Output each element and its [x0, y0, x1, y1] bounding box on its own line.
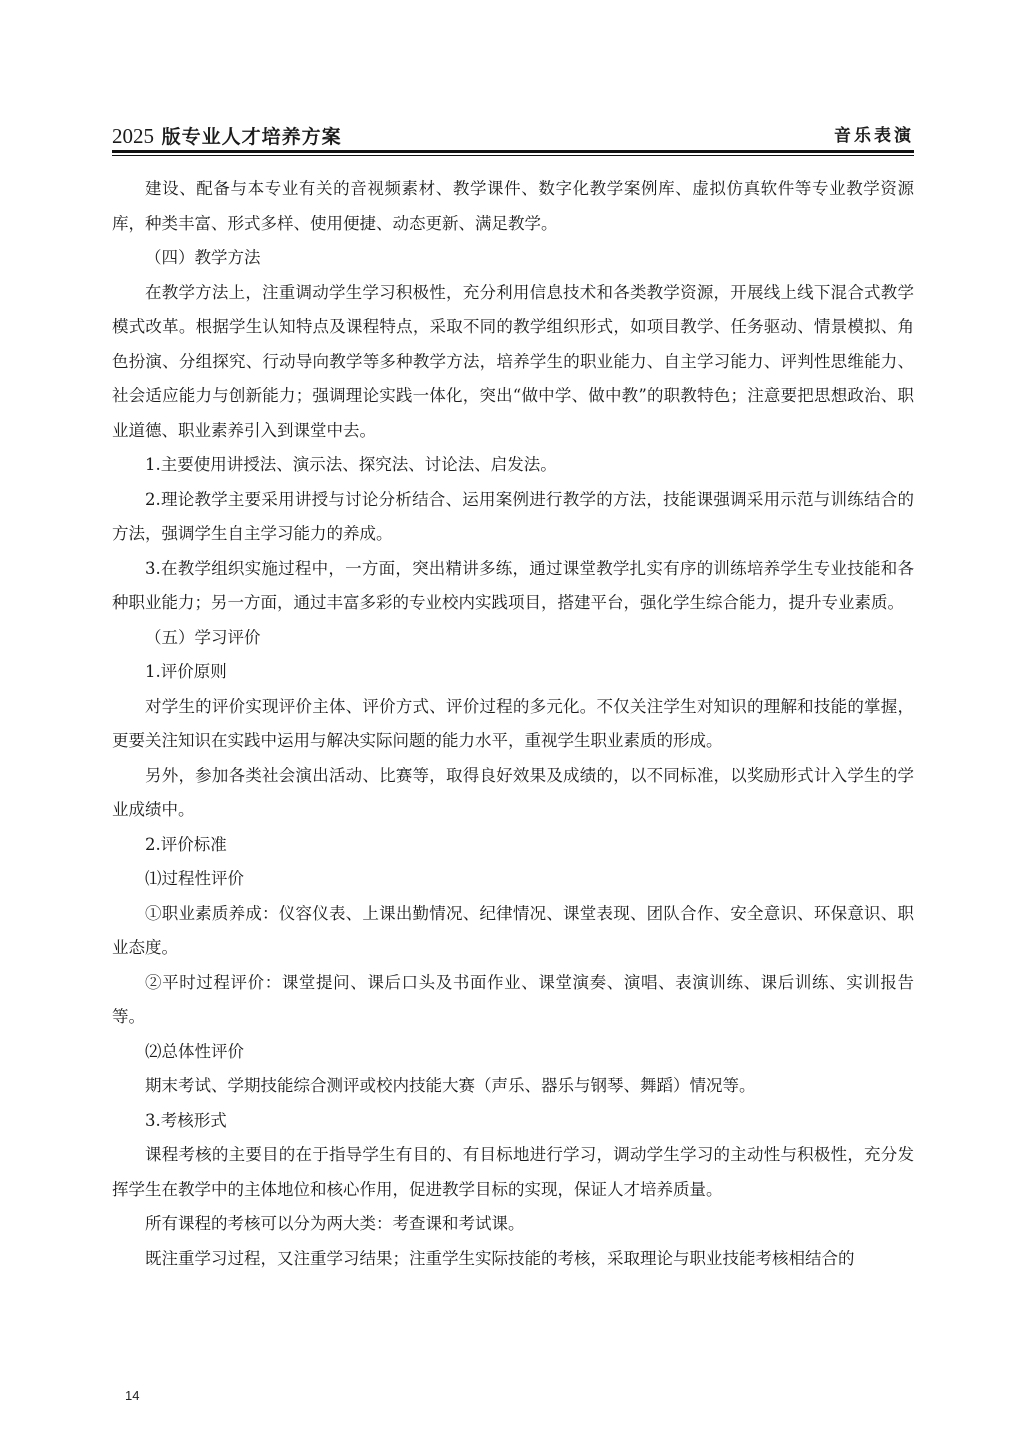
paragraph-assessment-purpose: 课程考核的主要目的在于指导学生有目的、有目标地进行学习，调动学生学习的主动性与积… [112, 1138, 914, 1207]
list-item-method-1: 1.主要使用讲授法、演示法、探究法、讨论法、启发法。 [112, 448, 914, 483]
subheading-evaluation-standards: 2.评价标准 [112, 828, 914, 863]
paragraph-assessment-approach: 既注重学习过程，又注重学习结果；注重学生实际技能的考核，采取理论与职业技能考核相… [112, 1242, 914, 1277]
subheading-summative-evaluation: ⑵总体性评价 [112, 1035, 914, 1070]
list-item-routine-evaluation: ②平时过程评价：课堂提问、课后口头及书面作业、课堂演奏、演唱、表演训练、课后训练… [112, 966, 914, 1035]
document-title: 2025 版专业人才培养方案 [112, 124, 342, 149]
heading-learning-evaluation: （五）学习评价 [112, 621, 914, 656]
paragraph-summative-evaluation: 期末考试、学期技能综合测评或校内技能大赛（声乐、器乐与钢琴、舞蹈）情况等。 [112, 1069, 914, 1104]
page-header: 2025 版专业人才培养方案 音乐表演 [112, 124, 914, 148]
list-item-professional-quality: ①职业素质养成：仪容仪表、上课出勤情况、纪律情况、课堂表现、团队合作、安全意识、… [112, 897, 914, 966]
body-content: 建设、配备与本专业有关的音视频素材、教学课件、数字化教学案例库、虚拟仿真软件等专… [112, 172, 914, 1276]
page-number: 14 [125, 1388, 139, 1404]
list-item-method-2: 2.理论教学主要采用讲授与讨论分析结合、运用案例进行教学的方法，技能课强调采用示… [112, 483, 914, 552]
document-title-text: 版专业人才培养方案 [162, 126, 342, 148]
paragraph-extra-credit: 另外，参加各类社会演出活动、比赛等，取得良好效果及成绩的，以不同标准，以奖励形式… [112, 759, 914, 828]
paragraph-assessment-types: 所有课程的考核可以分为两大类：考查课和考试课。 [112, 1207, 914, 1242]
paragraph-resources: 建设、配备与本专业有关的音视频素材、教学课件、数字化教学案例库、虚拟仿真软件等专… [112, 172, 914, 241]
header-divider [112, 150, 914, 156]
paragraph-evaluation-principles: 对学生的评价实现评价主体、评价方式、评价过程的多元化。不仅关注学生对知识的理解和… [112, 690, 914, 759]
list-item-method-3: 3.在教学组织实施过程中，一方面，突出精讲多练，通过课堂教学扎实有序的训练培养学… [112, 552, 914, 621]
subheading-process-evaluation: ⑴过程性评价 [112, 862, 914, 897]
subheading-assessment-form: 3.考核形式 [112, 1104, 914, 1139]
document-year: 2025 [112, 124, 154, 148]
paragraph-teaching-methods: 在教学方法上，注重调动学生学习积极性，充分利用信息技术和各类教学资源，开展线上线… [112, 276, 914, 449]
header-divider-thin [112, 155, 914, 156]
section-name: 音乐表演 [834, 124, 914, 148]
heading-teaching-methods: （四）教学方法 [112, 241, 914, 276]
header-divider-thick [112, 150, 914, 153]
subheading-evaluation-principles: 1.评价原则 [112, 655, 914, 690]
